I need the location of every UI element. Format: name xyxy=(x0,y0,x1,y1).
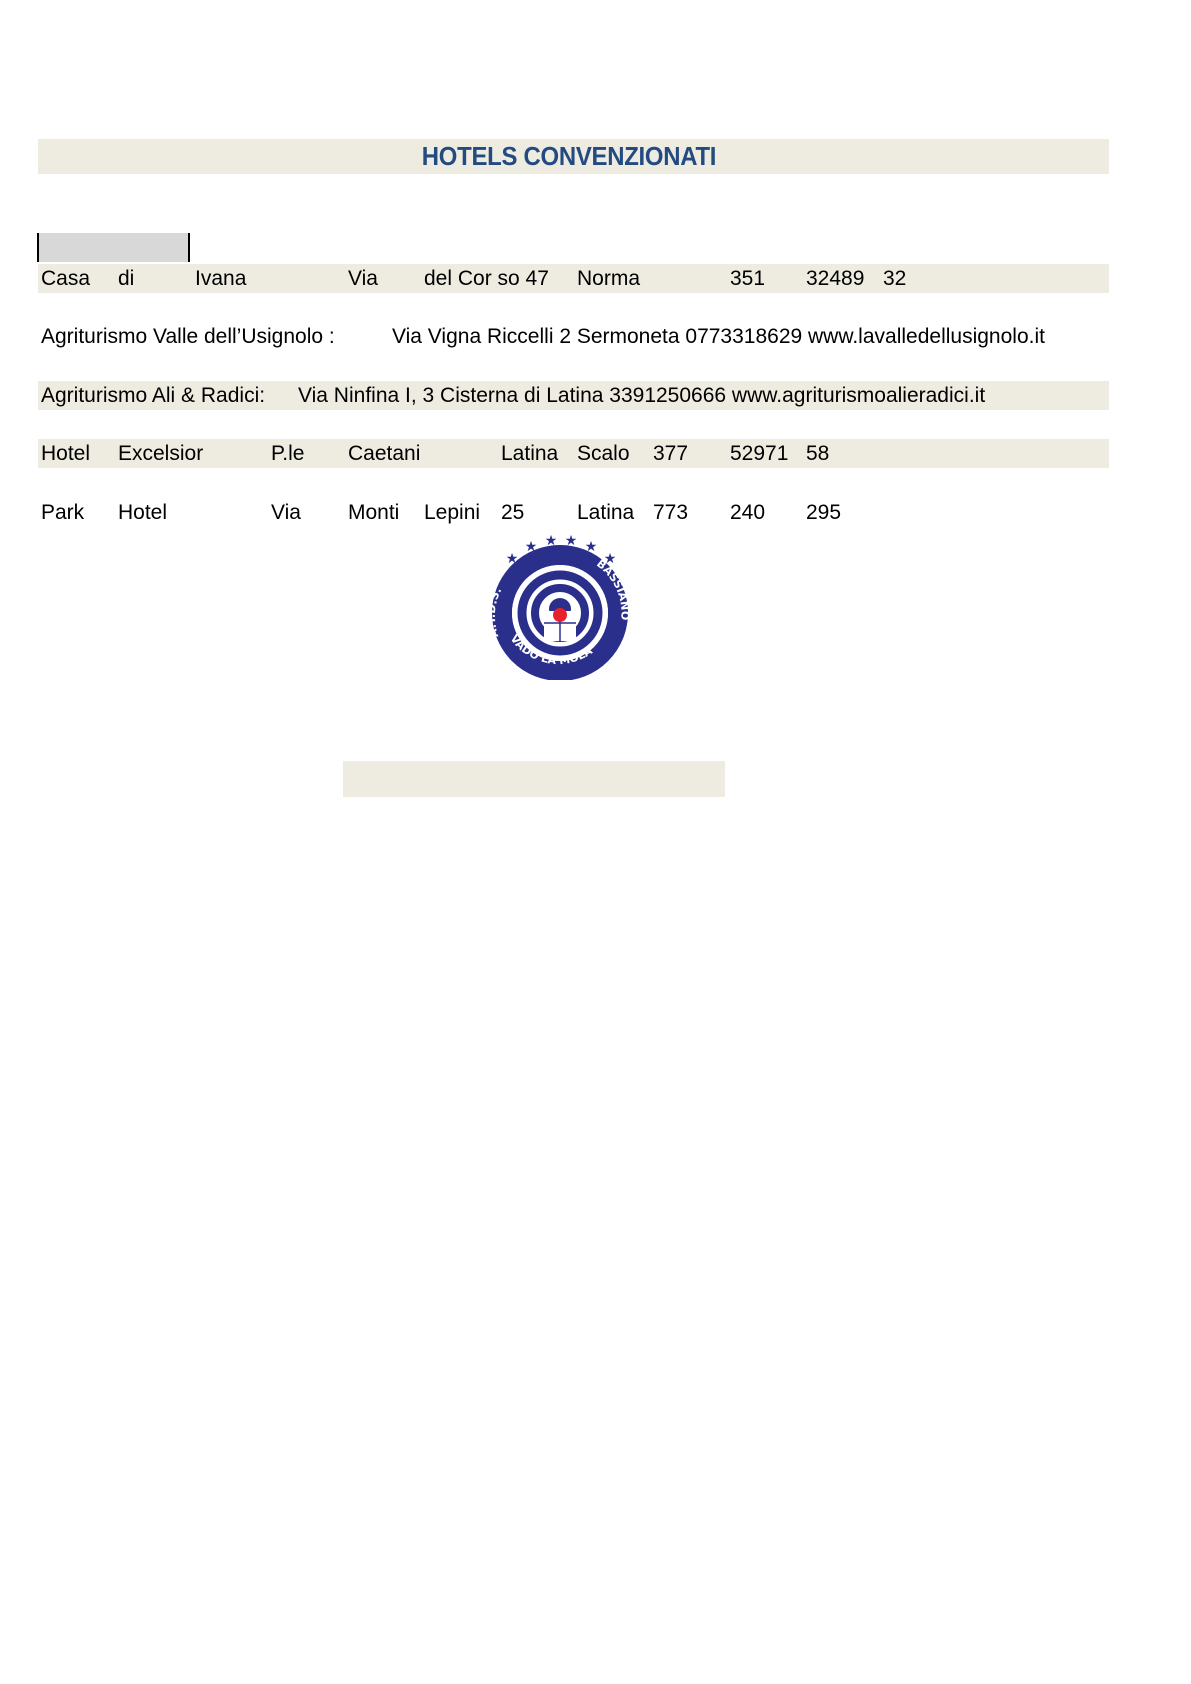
empty-band xyxy=(343,761,725,797)
cell: 32489 xyxy=(806,264,864,293)
cell: Via xyxy=(348,264,378,293)
page-title: HOTELS CONVENZIONATI xyxy=(38,139,1109,174)
cell: Lepini xyxy=(424,498,480,527)
cell: 58 xyxy=(806,439,829,468)
selected-cell[interactable] xyxy=(37,233,190,262)
table-row-valle-usignolo: Agriturismo Valle dell’Usignolo : Via Vi… xyxy=(38,322,1109,351)
cell: 32 xyxy=(883,264,906,293)
cell: Hotel xyxy=(41,439,90,468)
row-label: Agriturismo Ali & Radici: xyxy=(41,381,265,410)
row-details: Via Vigna Riccelli 2 Sermoneta 077331862… xyxy=(392,322,1045,351)
table-row-casa-di-ivana: Casa di Ivana Via del Cor so 47 Norma 35… xyxy=(38,264,1109,293)
cell: P.le xyxy=(271,439,304,468)
cell: Casa xyxy=(41,264,90,293)
cell: Monti xyxy=(348,498,399,527)
cell: Latina xyxy=(501,439,558,468)
cell: 25 xyxy=(501,498,524,527)
cell: del Cor so 47 xyxy=(424,264,549,293)
cell: Ivana xyxy=(195,264,246,293)
row-details: Via Ninfina I, 3 Cisterna di Latina 3391… xyxy=(298,381,985,410)
cell: 240 xyxy=(730,498,765,527)
cell: di xyxy=(118,264,134,293)
cell: 377 xyxy=(653,439,688,468)
cell: 295 xyxy=(806,498,841,527)
cell: Excelsior xyxy=(118,439,203,468)
cell: Hotel xyxy=(118,498,167,527)
title-band: HOTELS CONVENZIONATI xyxy=(38,139,1109,174)
row-label: Agriturismo Valle dell’Usignolo : xyxy=(41,322,335,351)
cell: Via xyxy=(271,498,301,527)
cell: 52971 xyxy=(730,439,788,468)
table-row-hotel-excelsior: Hotel Excelsior P.le Caetani Latina Scal… xyxy=(38,439,1109,468)
table-row-ali-radici: Agriturismo Ali & Radici: Via Ninfina I,… xyxy=(38,381,1109,410)
cell: Latina xyxy=(577,498,634,527)
cell: 351 xyxy=(730,264,765,293)
cell: Caetani xyxy=(348,439,420,468)
cell: Scalo xyxy=(577,439,630,468)
atds-logo-icon: ★ ★ ★ ★ ★ ★ A.T.D.S. VADO LA MOLA BASSIA… xyxy=(478,535,638,680)
table-row-park-hotel: Park Hotel Via Monti Lepini 25 Latina 77… xyxy=(38,498,1109,527)
cell: Park xyxy=(41,498,84,527)
cell: 773 xyxy=(653,498,688,527)
cell: Norma xyxy=(577,264,640,293)
